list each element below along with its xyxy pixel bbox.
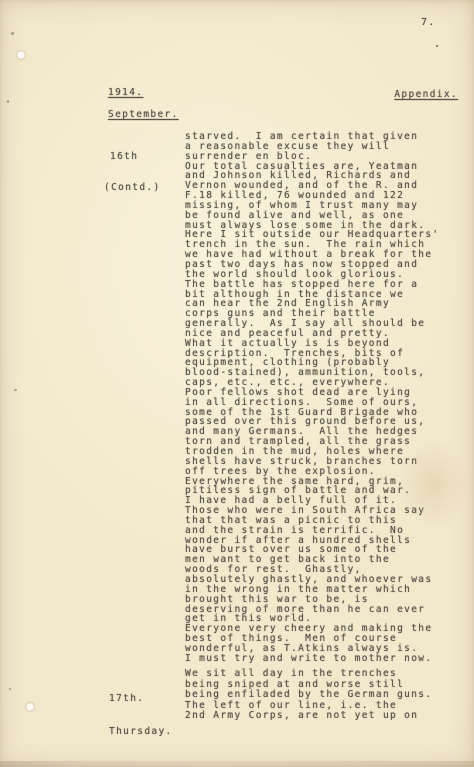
- page-number: 7.: [421, 17, 436, 28]
- paper-stain: [398, 440, 470, 530]
- entry-text-17th: We sit all day in the trenches being sni…: [185, 669, 432, 722]
- entry-date-label: 17th.: [109, 693, 173, 704]
- year-heading: 1914.: [108, 87, 143, 98]
- entry-date-16th: 16th (Contd.): [104, 132, 161, 214]
- paper-speck: [9, 688, 11, 690]
- paper-speck: [436, 45, 438, 47]
- month-heading: September.: [108, 109, 179, 120]
- punch-hole: [17, 51, 25, 59]
- entry-date-note: (Contd.): [104, 183, 161, 193]
- entry-date-note: Thursday.: [109, 726, 173, 737]
- diary-page: 7. 1914. Appendix. September. 16th (Cont…: [0, 0, 474, 767]
- paper-speck: [11, 32, 14, 35]
- entry-date-label: 16th: [104, 152, 161, 162]
- paper-speck: [14, 389, 17, 391]
- paper-bottom-edge: [0, 761, 474, 767]
- paper-speck: [7, 100, 9, 103]
- appendix-label: Appendix.: [394, 89, 458, 100]
- punch-hole: [26, 703, 34, 711]
- entry-text-16th: starved. I am certain that given a reaso…: [185, 132, 440, 664]
- entry-date-17th: 17th. Thursday.: [109, 671, 173, 759]
